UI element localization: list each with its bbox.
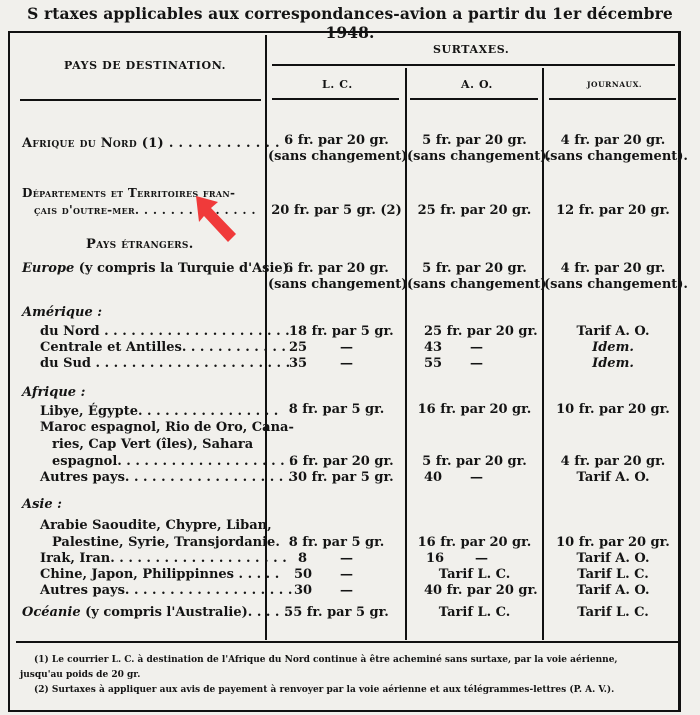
cell-ao-dash: — [470,470,483,486]
cell-journaux: 10 fr. par 20 gr. [544,535,682,551]
cell-lc: 55 fr. par 5 gr. [268,605,405,621]
row-label-amerique-sud: du Sud . . . . . . . . . . . . . . . . .… [40,356,290,372]
cell-ao: 55 [424,356,442,372]
cell-ao: 16 [426,551,444,567]
row-label-libye: Libye, Égypte. . . . . . . . . . . . . .… [40,404,278,420]
row-label-arabie-cont: Palestine, Syrie, Transjordanie. [52,535,280,551]
cell-lc-dash: — [340,551,353,567]
row-label-oceanie: Océanie (y compris l'Australie). . . . . [22,605,289,621]
cell-lc-dash: — [340,356,353,372]
header-rule [410,98,538,100]
cell-journaux: Tarif A. O. [544,551,682,567]
europe-label: Europe [22,261,74,276]
section-asie: Asie : [22,497,62,513]
oceanie-label: Océanie [22,605,81,620]
destination-header: PAYS DE DESTINATION. [64,59,226,72]
row-label-arabie: Arabie Saoudite, Chypre, Liban, [40,518,272,534]
cell-ao: Tarif L. C. [407,567,542,583]
row-label-irak: Irak, Iran. . . . . . . . . . . . . . . … [40,551,287,567]
red-arrow-annotation-icon [196,196,238,244]
cell-ao-dash: — [470,356,483,372]
cell-ao: 5 fr. par 20 gr. (sans changement). [407,133,542,165]
section-amerique: Amérique : [22,305,102,321]
europe-label-rest: (y compris la Turquie d'Asie). [74,261,293,276]
cell-lc: 50 [294,567,312,583]
cell-line: 5 fr. par 20 gr. [407,261,542,277]
cell-line: (sans changement). [407,149,542,165]
section-afrique: Afrique : [22,385,85,401]
footer-rule [16,641,678,643]
cell-ao-dash: — [470,340,483,356]
surtaxes-header: SURTAXES. [433,43,509,56]
row-label-europe: Europe (y compris la Turquie d'Asie). [22,261,293,277]
cell-ao: 16 fr. par 20 gr. [407,535,542,551]
row-label-amerique-nord: du Nord . . . . . . . . . . . . . . . . … [40,324,290,340]
header-rule [272,98,399,100]
cell-journaux: Idem. [544,356,682,372]
footnote-2: (2) Surtaxes à appliquer aux avis de pay… [34,683,614,698]
cell-lc: 6 fr. par 20 gr. (sans changement). [268,133,405,165]
cell-line: 4 fr. par 20 gr. [544,261,682,277]
cell-lc: 18 fr. par 5 gr. [289,324,394,340]
oceanie-label-rest: (y compris l'Australie). . . . . [81,605,289,620]
cell-lc: 25 [289,340,307,356]
row-label-asie-autres: Autres pays. . . . . . . . . . . . . . .… [40,583,292,599]
cell-journaux: 10 fr. par 20 gr. [544,402,682,418]
cell-ao: 40 [424,470,442,486]
surtaxes-rule [272,64,675,66]
cell-journaux: 4 fr. par 20 gr. [544,454,682,470]
cell-lc-dash: — [340,583,353,599]
cell-journaux: Tarif L. C. [544,605,682,621]
ao-column-header: A. O. [461,78,493,91]
cell-journaux: Tarif A. O. [544,324,682,340]
cell-journaux: Tarif A. O. [544,583,682,599]
row-label-chine: Chine, Japon, Philippinnes . . . . . [40,567,279,583]
cell-lc: 35 [289,356,307,372]
cell-ao: 40 fr. par 20 gr. [424,583,538,599]
footnote-1-cont: jusqu'au poids de 20 gr. [20,668,140,683]
cell-journaux: 4 fr. par 20 gr. (sans changement). [544,261,682,293]
header-rule [549,98,676,100]
cell-line: (sans changement). [544,277,682,293]
cell-line: 4 fr. par 20 gr. [544,133,682,149]
journaux-column-header: JOURNAUX. [587,80,642,89]
row-label-maroc-cont: espagnol. . . . . . . . . . . . . . . . … [52,454,294,470]
lc-column-header: L. C. [322,78,353,91]
cell-ao: Tarif L. C. [407,605,542,621]
cell-ao-dash: — [475,551,488,567]
cell-ao: 16 fr. par 20 gr. [407,402,542,418]
cell-ao: 25 fr. par 20 gr. [424,324,538,340]
cell-ao: 5 fr. par 20 gr. (sans changement) [407,261,542,293]
cell-ao: 25 fr. par 20 gr. [407,203,542,219]
cell-lc-dash: — [340,340,353,356]
cell-journaux: Tarif A. O. [544,470,682,486]
cell-line: (sans changement). [544,149,682,165]
row-label-afrique-nord: Afrique du Nord (1) . . . . . . . . . . … [22,136,280,151]
row-label-afrique-autres: Autres pays. . . . . . . . . . . . . . .… [40,470,292,486]
cell-line: (sans changement) [407,277,542,293]
cell-lc: 6 fr. par 20 gr. [289,454,394,470]
section-pays-etrangers: Pays étrangers. [86,237,194,252]
cell-lc: 6 fr. par 20 gr. (sans changement). [268,261,405,293]
cell-lc: 20 fr. par 5 gr. (2) [268,203,405,219]
cell-lc-dash: — [340,567,353,583]
cell-lc: 8 fr. par 5 gr. [268,535,405,551]
cell-lc: 8 fr. par 5 gr. [268,402,405,418]
row-label-maroc-cont: ries, Cap Vert (îles), Sahara [52,437,253,453]
header-rule [20,99,261,101]
cell-lc: 30 [294,583,312,599]
cell-journaux: 12 fr. par 20 gr. [544,203,682,219]
row-label-amerique-centrale: Centrale et Antilles. . . . . . . . . . … [40,340,286,356]
row-label-maroc: Maroc espagnol, Rio de Oro, Cana- [40,420,294,436]
cell-journaux: 4 fr. par 20 gr. (sans changement). [544,133,682,165]
cell-line: (sans changement). [268,149,405,165]
cell-journaux: Idem. [544,340,682,356]
cell-lc: 8 [298,551,307,567]
cell-line: 6 fr. par 20 gr. [268,133,405,149]
cell-lc: 30 fr. par 5 gr. [289,470,394,486]
cell-line: (sans changement). [268,277,405,293]
footnote-1: (1) Le courrier L. C. à destination de l… [34,653,618,668]
cell-ao: 43 [424,340,442,356]
cell-journaux: Tarif L. C. [544,567,682,583]
cell-ao: 5 fr. par 20 gr. [407,454,542,470]
cell-line: 6 fr. par 20 gr. [268,261,405,277]
cell-line: 5 fr. par 20 gr. [407,133,542,149]
